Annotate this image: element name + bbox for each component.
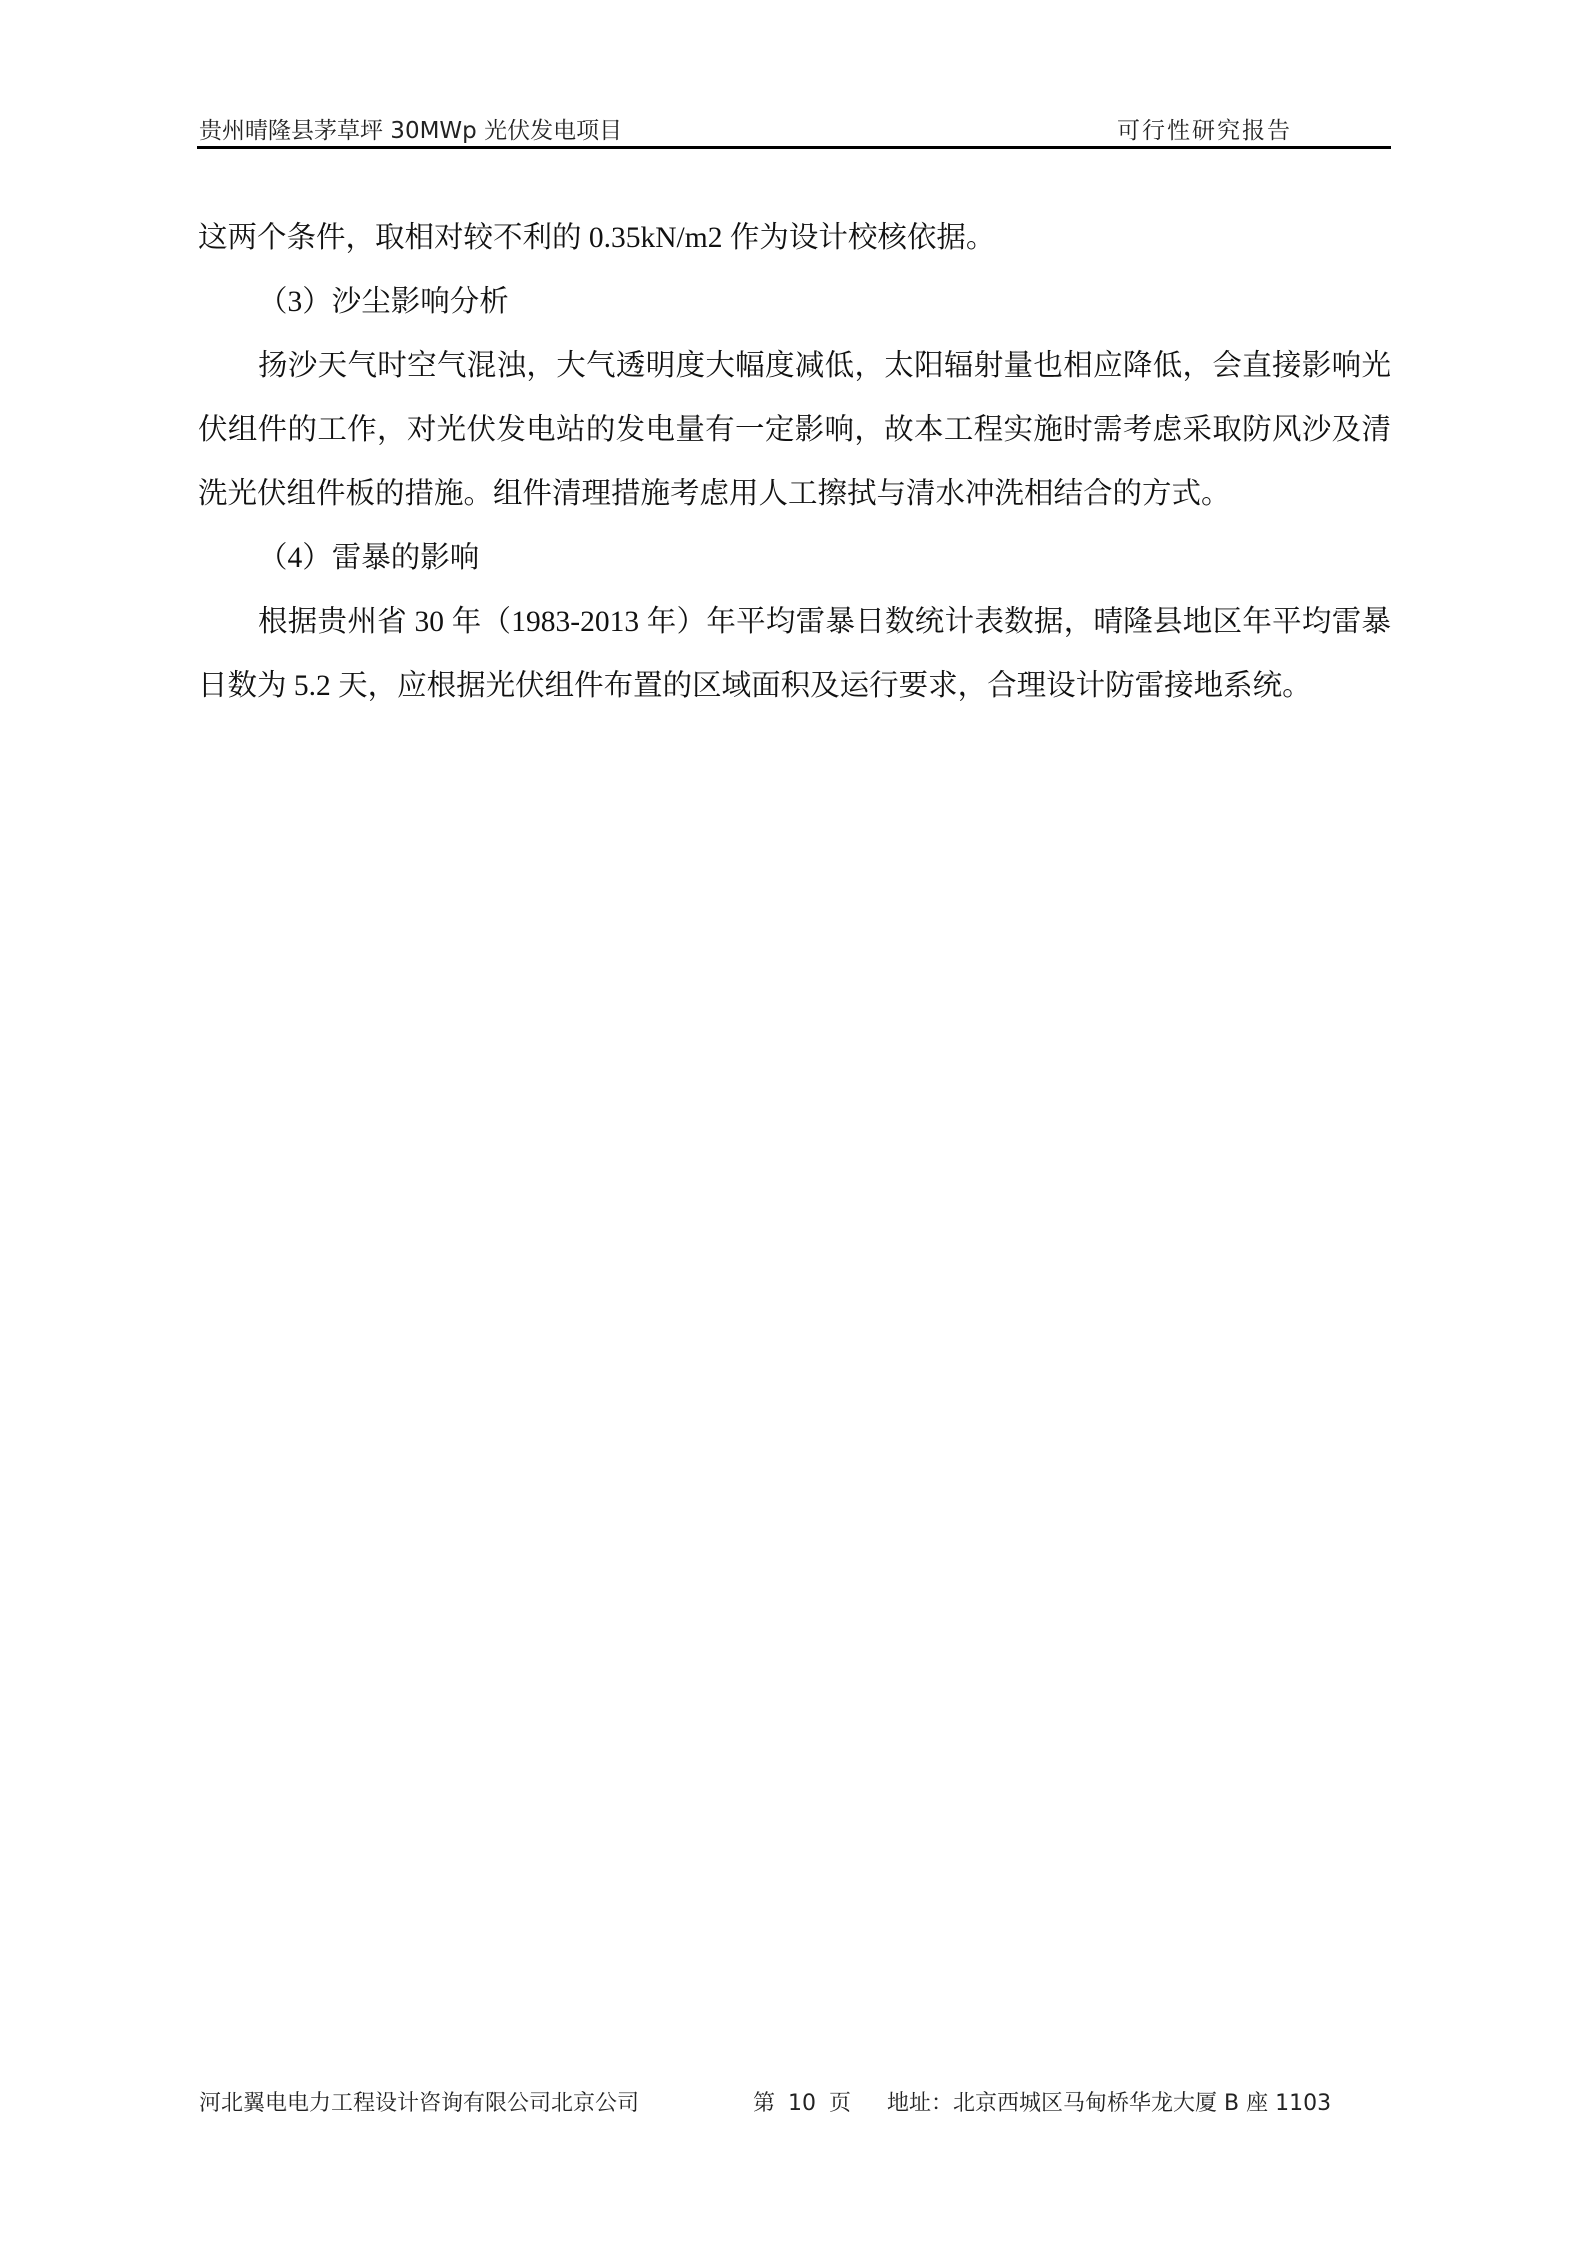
document-body: 这两个条件，取相对较不利的 0.35kN/m2 作为设计校核依据。 （3）沙尘影… (198, 206, 1391, 718)
page-number: 第 10 页 (753, 2086, 851, 2117)
page-header: 贵州晴隆县茅草坪 30MWp 光伏发电项目 可行性研究报告 (197, 108, 1391, 149)
footer-address: 地址：北京西城区马甸桥华龙大厦 B 座 1103 (887, 2086, 1331, 2117)
footer-company: 河北翼电电力工程设计咨询有限公司北京公司 (199, 2086, 639, 2117)
section-heading-dust-impact: （3）沙尘影响分析 (198, 270, 1391, 334)
report-type: 可行性研究报告 (1117, 112, 1292, 145)
paragraph-continuation: 这两个条件，取相对较不利的 0.35kN/m2 作为设计校核依据。 (198, 206, 1391, 270)
section-heading-thunderstorm-impact: （4）雷暴的影响 (198, 526, 1391, 590)
paragraph-dust-impact: 扬沙天气时空气混浊，大气透明度大幅度减低，太阳辐射量也相应降低，会直接影响光伏组… (198, 334, 1391, 526)
paragraph-thunderstorm-impact: 根据贵州省 30 年（1983-2013 年）年平均雷暴日数统计表数据，晴隆县地… (198, 590, 1391, 718)
project-title: 贵州晴隆县茅草坪 30MWp 光伏发电项目 (199, 112, 622, 145)
page-footer: 河北翼电电力工程设计咨询有限公司北京公司 第 10 页 地址：北京西城区马甸桥华… (197, 2082, 1397, 2118)
